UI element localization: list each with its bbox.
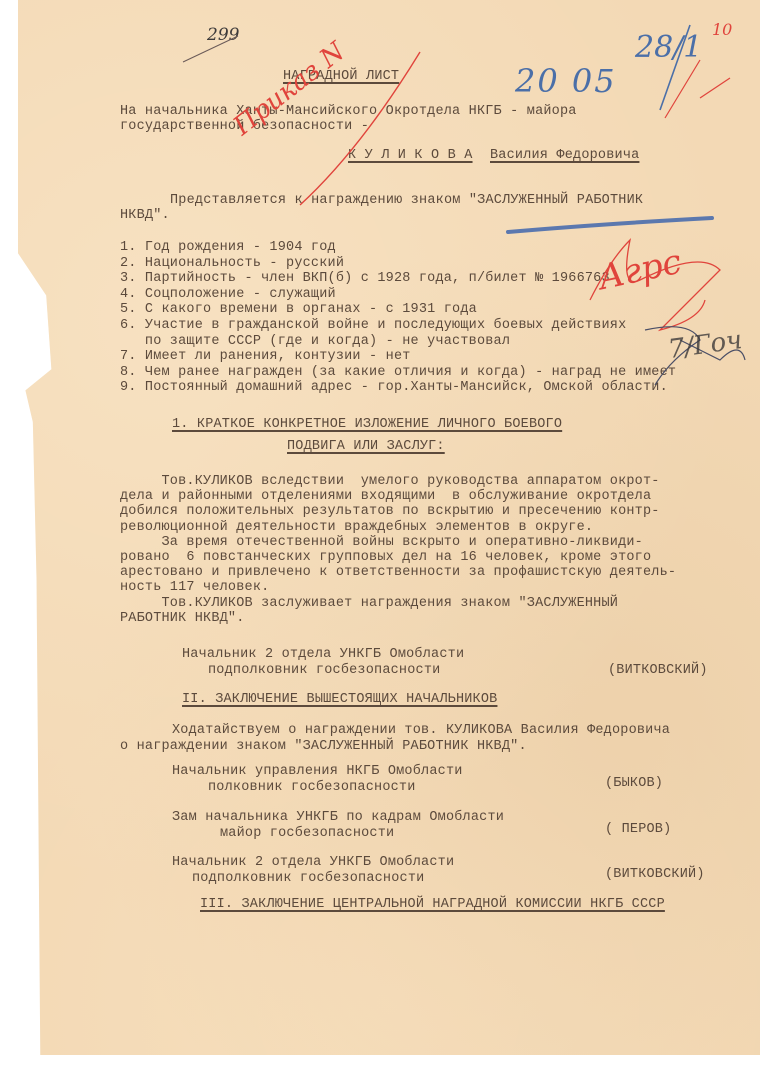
section1-body-line: дела и районными отделениями входящими в… xyxy=(120,489,651,504)
signer-perov-position-line1: Зам начальника УНКГБ по кадрам Омобласти xyxy=(172,810,504,825)
subject-given-name: Василия Федоровича xyxy=(490,148,639,163)
section2-body-line2: о награждении знаком "ЗАСЛУЖЕННЫЙ РАБОТН… xyxy=(120,739,527,754)
nomination-line1: Представляется к награждению знаком "ЗАС… xyxy=(170,193,643,208)
signer-vitkovsky-position-line1: Начальник 2 отдела УНКГБ Омобласти xyxy=(172,855,454,870)
subject-surname: К У Л И К О В А xyxy=(348,148,473,163)
signer-vitkovsky-position-line2: подполковник госбезопасности xyxy=(192,871,424,886)
archive-number: 299 xyxy=(207,25,239,45)
section1-body-line: Тов.КУЛИКОВ вследствии умелого руководст… xyxy=(120,474,660,489)
questionnaire-item: 8. Чем ранее награжден (за какие отличия… xyxy=(120,365,676,380)
section2-heading: II. ЗАКЛЮЧЕНИЕ ВЫШЕСТОЯЩИХ НАЧАЛЬНИКОВ xyxy=(182,692,497,707)
signer1-position-line2: подполковник госбезопасности xyxy=(208,663,440,678)
section1-body-line: добился положительных результатов по вск… xyxy=(120,504,660,519)
section3-heading: III. ЗАКЛЮЧЕНИЕ ЦЕНТРАЛЬНОЙ НАГРАДНОЙ КО… xyxy=(200,897,665,912)
questionnaire-item: 7. Имеет ли ранения, контузии - нет xyxy=(120,349,411,364)
blue-order-number: 20 05 xyxy=(515,62,617,100)
section1-body-line: ность 117 человек. xyxy=(120,580,269,595)
signer-vitkovsky-name: (ВИТКОВСКИЙ) xyxy=(605,867,705,882)
section2-body-line1: Ходатайствуем о награждении тов. КУЛИКОВ… xyxy=(172,723,670,738)
nomination-line2: НКВД". xyxy=(120,208,170,223)
questionnaire-item: 1. Год рождения - 1904 год xyxy=(120,240,336,255)
signer1-position-line1: Начальник 2 отдела УНКГБ Омобласти xyxy=(182,647,464,662)
questionnaire-item: 6. Участие в гражданской войне и последу… xyxy=(120,318,626,333)
signer-bykov-position-line2: полковник госбезопасности xyxy=(208,780,416,795)
section1-heading-line1: 1. КРАТКОЕ КОНКРЕТНОЕ ИЗЛОЖЕНИЕ ЛИЧНОГО … xyxy=(172,417,562,432)
section1-heading-line2: ПОДВИГА ИЛИ ЗАСЛУГ: xyxy=(287,439,445,454)
questionnaire-item: 9. Постоянный домашний адрес - гор.Ханты… xyxy=(120,380,668,395)
signer-perov-name: ( ПЕРОВ) xyxy=(605,822,671,837)
questionnaire-item: 4. Соцположение - служащий xyxy=(120,287,336,302)
red-superscript: 10 xyxy=(712,20,732,39)
signer-bykov-name: (БЫКОВ) xyxy=(605,776,663,791)
signer-perov-position-line2: майор госбезопасности xyxy=(220,826,394,841)
section1-body-line: революционной деятельности враждебных эл… xyxy=(120,520,593,535)
subject-intro-line1: На начальника Ханты-Мансийского Окротдел… xyxy=(120,104,577,119)
questionnaire-item: 5. С какого времени в органах - с 1931 г… xyxy=(120,302,477,317)
questionnaire-item: по защите СССР (где и когда) - не участв… xyxy=(120,334,510,349)
blue-order-fraction: 28/1 xyxy=(635,30,702,65)
questionnaire-item: 2. Национальность - русский xyxy=(120,256,344,271)
section1-body-line: РАБОТНИК НКВД". xyxy=(120,611,245,626)
section1-body-line: За время отечественной войны вскрыто и о… xyxy=(120,535,643,550)
section1-body-line: Тов.КУЛИКОВ заслуживает награждения знак… xyxy=(120,596,618,611)
questionnaire-item: 3. Партийность - член ВКП(б) с 1928 года… xyxy=(120,271,610,286)
signer-bykov-position-line1: Начальник управления НКГБ Омобласти xyxy=(172,764,463,779)
section1-body-line: арестовано и привлечено к ответственност… xyxy=(120,565,676,580)
section1-body-line: ровано 6 повстанческих групповых дел на … xyxy=(120,550,651,565)
signer1-name: (ВИТКОВСКИЙ) xyxy=(608,663,708,678)
